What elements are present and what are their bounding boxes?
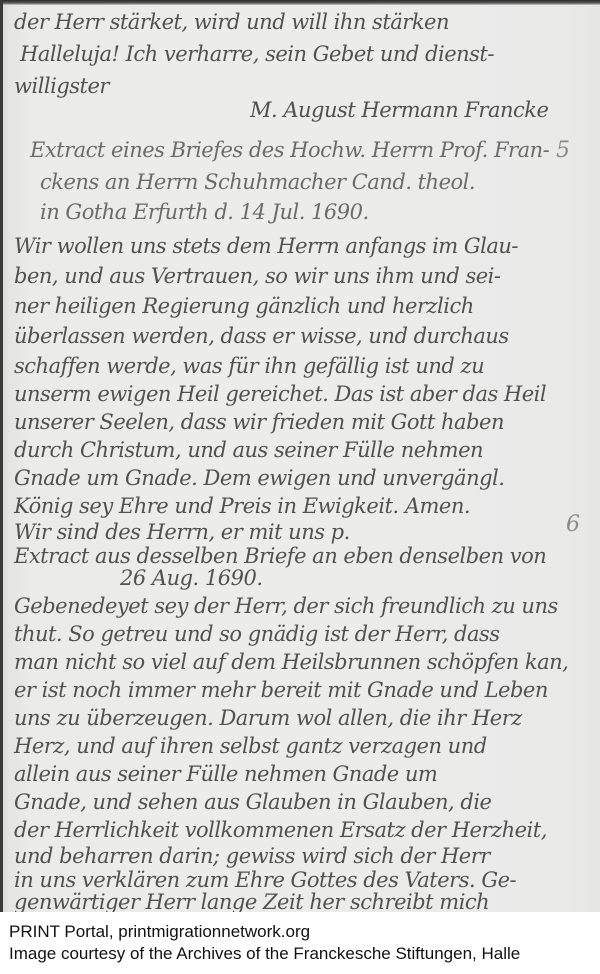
margin-mark: 6: [566, 512, 580, 537]
manuscript-line: in uns verklären zum Ehre Gottes des Vat…: [14, 868, 516, 892]
margin-mark: 5: [556, 138, 570, 163]
manuscript-line: thut. So getreu und so gnädig ist der He…: [14, 622, 500, 646]
manuscript-line: Wir wollen uns stets dem Herrn anfangs i…: [14, 234, 518, 258]
caption-credit: Image courtesy of the Archives of the Fr…: [9, 943, 599, 965]
manuscript-date: 26 Aug. 1690.: [120, 566, 263, 590]
manuscript-line: er ist noch immer mehr bereit mit Gnade …: [14, 678, 548, 702]
manuscript-line: Halleluja! Ich verharre, sein Gebet und …: [20, 42, 494, 66]
manuscript-line: König sey Ehre und Preis in Ewigkeit. Am…: [14, 494, 470, 518]
manuscript-line: durch Christum, und aus seiner Fülle neh…: [14, 438, 483, 462]
manuscript-line: Extract aus desselben Briefe an eben den…: [14, 544, 546, 568]
manuscript-line: Wir sind des Herrn, er mit uns p.: [14, 520, 350, 544]
manuscript-line: der Herrlichkeit vollkommenen Ersatz der…: [14, 818, 547, 842]
scan-left-edge: [0, 0, 3, 912]
manuscript-heading: in Gotha Erfurth d. 14 Jul. 1690.: [40, 200, 369, 224]
manuscript-heading: Extract eines Briefes des Hochw. Herrn P…: [30, 138, 549, 162]
manuscript-line: willigster: [14, 74, 109, 98]
manuscript-line: unserm ewigen Heil gereichet. Das ist ab…: [14, 382, 546, 406]
manuscript-line: man nicht so viel auf dem Heilsbrunnen s…: [14, 650, 568, 674]
manuscript-line: Herz, und auf ihren selbst gantz verzage…: [14, 734, 487, 758]
manuscript-line: der Herr stärket, wird und will ihn stär…: [14, 10, 449, 34]
manuscript-line: allein aus seiner Fülle nehmen Gnade um: [14, 762, 437, 786]
manuscript-line: Gebenedeyet sey der Herr, der sich freun…: [14, 594, 558, 618]
manuscript-signature: M. August Hermann Francke: [250, 98, 548, 122]
manuscript-heading: ckens an Herrn Schuhmacher Cand. theol.: [40, 170, 475, 194]
manuscript-line: unserer Seelen, dass wir frieden mit Got…: [14, 410, 504, 434]
manuscript-line: Gnade um Gnade. Dem ewigen und unvergäng…: [14, 466, 504, 490]
manuscript-line: ner heiligen Regierung gänzlich und herz…: [14, 294, 474, 318]
manuscript-line: überlassen werden, dass er wisse, und du…: [14, 324, 509, 348]
manuscript-line: uns zu überzeugen. Darum wol allen, die …: [14, 706, 522, 730]
manuscript-line: und beharren darin; gewiss wird sich der…: [14, 844, 490, 868]
manuscript-line: schaffen werde, was für ihn gefällig ist…: [14, 354, 484, 378]
manuscript-line: genwärtiger Herr lange Zeit her schreibt…: [14, 890, 489, 912]
scan-top-edge: [0, 0, 600, 5]
manuscript-line: Gnade, und sehen aus Glauben in Glauben,…: [14, 790, 491, 814]
caption-source: PRINT Portal, printmigrationnetwork.org: [9, 921, 599, 943]
image-caption: PRINT Portal, printmigrationnetwork.org …: [9, 921, 599, 965]
manuscript-line: ben, und aus Vertrauen, so wir uns ihm u…: [14, 264, 500, 288]
manuscript-scan: der Herr stärket, wird und will ihn stär…: [0, 0, 600, 912]
